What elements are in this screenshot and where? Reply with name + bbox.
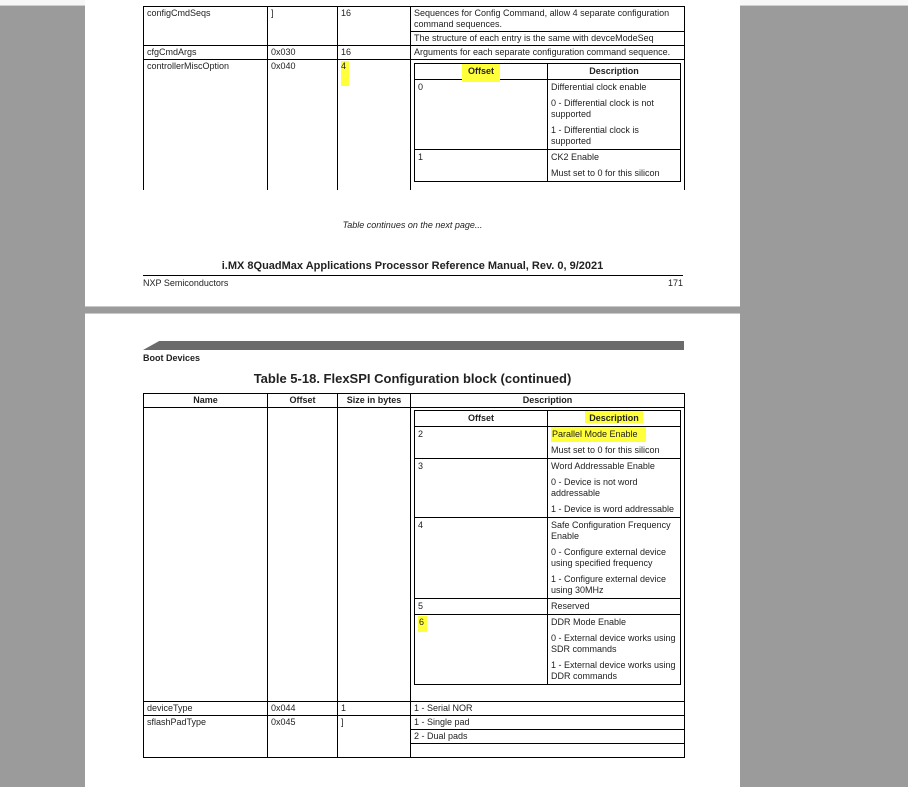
inner-offset: 0 bbox=[415, 80, 548, 150]
inner-desc: Parallel Mode Enable Must set to 0 for t… bbox=[548, 427, 681, 459]
header-offset: Offset bbox=[268, 394, 338, 408]
table-row: deviceType 0x044 1 1 - Serial NOR bbox=[144, 702, 685, 716]
table-row: cfgCmdArgs 0x030 16 Arguments for each s… bbox=[144, 46, 685, 60]
table-title: Table 5-18. FlexSPI Configuration block … bbox=[85, 371, 740, 386]
inner-desc: Reserved bbox=[548, 599, 681, 615]
cell-size: 4 bbox=[338, 60, 411, 191]
pdf-page-171: configCmdSeqs ] 16 Sequences for Config … bbox=[85, 0, 740, 307]
cell-desc: 1 - Serial NOR bbox=[411, 702, 685, 716]
cell-desc: The structure of each entry is the same … bbox=[411, 32, 685, 46]
header-size: Size in bytes bbox=[338, 394, 411, 408]
inner-desc: Word Addressable Enable 0 - Device is no… bbox=[548, 459, 681, 518]
footer-divider bbox=[143, 275, 683, 276]
cell-name: configCmdSeqs bbox=[144, 7, 268, 46]
footer-company: NXP Semiconductors bbox=[143, 278, 228, 288]
cell-name bbox=[144, 408, 268, 702]
cell-size bbox=[338, 408, 411, 702]
cell-name: controllerMiscOption bbox=[144, 60, 268, 191]
flexspi-table-part2: Name Offset Size in bytes Description Of… bbox=[143, 393, 685, 758]
cell-size: 1 bbox=[338, 702, 411, 716]
inner-offset: 4 bbox=[415, 518, 548, 599]
inner-row: 5 Reserved bbox=[415, 599, 681, 615]
cell-desc bbox=[411, 744, 685, 758]
inner-row: 1 CK2 Enable Must set to 0 for this sili… bbox=[415, 150, 681, 182]
cell-offset bbox=[268, 408, 338, 702]
cell-desc: Offset Description 0 Differential clock … bbox=[411, 60, 685, 191]
cell-desc: Offset Description 2 Parallel Mode Enabl… bbox=[411, 408, 685, 702]
inner-desc: CK2 Enable Must set to 0 for this silico… bbox=[548, 150, 681, 182]
inner-row: 0 Differential clock enable 0 - Differen… bbox=[415, 80, 681, 150]
flexspi-table-part1: configCmdSeqs ] 16 Sequences for Config … bbox=[143, 6, 685, 190]
cell-size: 16 bbox=[338, 7, 411, 46]
inner-bit-table: Offset Description 2 Parallel Mode Enabl… bbox=[414, 410, 681, 685]
page-number: 171 bbox=[668, 278, 683, 288]
cell-desc: 1 - Single pad bbox=[411, 716, 685, 730]
header-name: Name bbox=[144, 394, 268, 408]
section-title: Boot Devices bbox=[143, 353, 200, 363]
inner-desc: Differential clock enable 0 - Differenti… bbox=[548, 80, 681, 150]
highlighted-size: 4 bbox=[341, 61, 349, 86]
inner-offset: 6 bbox=[415, 615, 548, 685]
inner-row: 3 Word Addressable Enable 0 - Device is … bbox=[415, 459, 681, 518]
inner-header-description: Description bbox=[548, 64, 681, 80]
inner-header-offset: Offset bbox=[415, 64, 548, 80]
header-description: Description bbox=[411, 394, 685, 408]
pdf-page-172: Boot Devices Table 5-18. FlexSPI Configu… bbox=[85, 313, 740, 787]
cell-name: cfgCmdArgs bbox=[144, 46, 268, 60]
inner-desc: DDR Mode Enable 0 - External device work… bbox=[548, 615, 681, 685]
inner-offset: 3 bbox=[415, 459, 548, 518]
cell-name: deviceType bbox=[144, 702, 268, 716]
cell-offset: 0x045 bbox=[268, 716, 338, 758]
cell-offset: 0x030 bbox=[268, 46, 338, 60]
inner-offset: 1 bbox=[415, 150, 548, 182]
cell-desc: Sequences for Config Command, allow 4 se… bbox=[411, 7, 685, 32]
cell-size: 16 bbox=[338, 46, 411, 60]
table-row: configCmdSeqs ] 16 Sequences for Config … bbox=[144, 7, 685, 32]
inner-header-offset: Offset bbox=[415, 411, 548, 427]
table-row: Offset Description 2 Parallel Mode Enabl… bbox=[144, 408, 685, 702]
inner-desc: Safe Configuration Frequency Enable 0 - … bbox=[548, 518, 681, 599]
inner-header-description: Description bbox=[548, 411, 681, 427]
inner-row: 2 Parallel Mode Enable Must set to 0 for… bbox=[415, 427, 681, 459]
inner-offset: 5 bbox=[415, 599, 548, 615]
cell-offset: 0x044 bbox=[268, 702, 338, 716]
manual-title: i.MX 8QuadMax Applications Processor Ref… bbox=[85, 260, 740, 272]
inner-row: 6 DDR Mode Enable 0 - External device wo… bbox=[415, 615, 681, 685]
inner-row: 4 Safe Configuration Frequency Enable 0 … bbox=[415, 518, 681, 599]
header-bar bbox=[143, 341, 684, 350]
cell-offset: ] bbox=[268, 7, 338, 46]
cell-desc: Arguments for each separate configuratio… bbox=[411, 46, 685, 60]
table-header-row: Name Offset Size in bytes Description bbox=[144, 394, 685, 408]
cell-desc: 2 - Dual pads bbox=[411, 730, 685, 744]
cell-size: ] bbox=[338, 716, 411, 758]
cell-offset: 0x040 bbox=[268, 60, 338, 191]
inner-bit-table: Offset Description 0 Differential clock … bbox=[414, 63, 681, 182]
table-continues-note: Table continues on the next page... bbox=[85, 220, 740, 230]
table-row: controllerMiscOption 0x040 4 Offset Desc… bbox=[144, 60, 685, 191]
inner-offset: 2 bbox=[415, 427, 548, 459]
table-row: sflashPadType 0x045 ] 1 - Single pad bbox=[144, 716, 685, 730]
cell-name: sflashPadType bbox=[144, 716, 268, 758]
